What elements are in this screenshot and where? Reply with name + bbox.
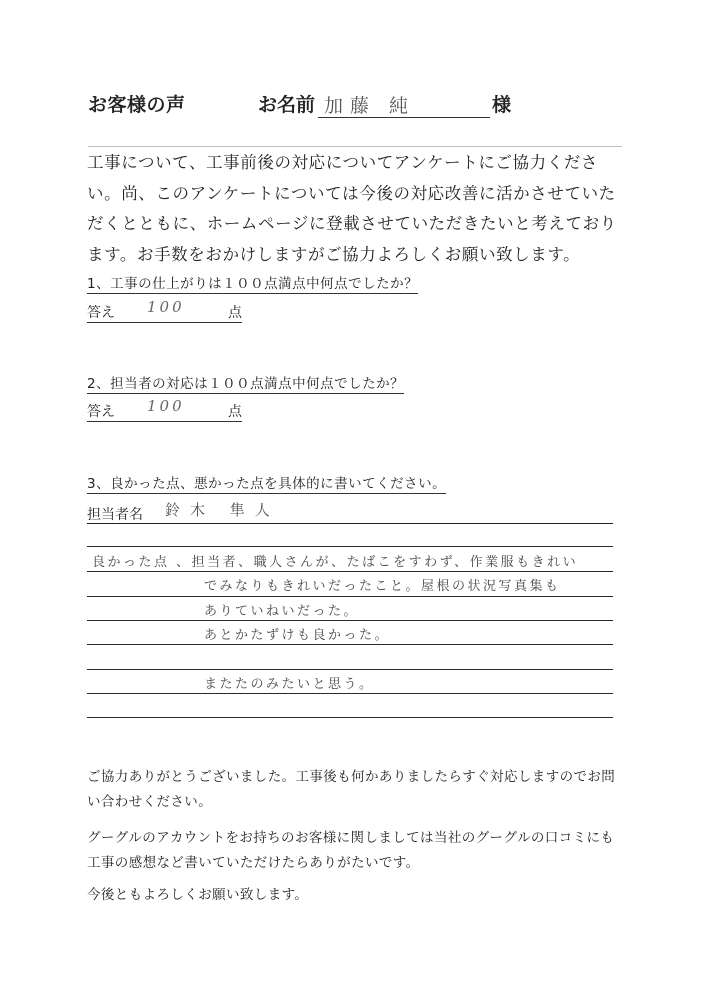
- comment-line: またたのみたいと思う。: [204, 673, 375, 692]
- question-1-answer-field: 答え 100 点: [87, 300, 242, 323]
- closing-thanks: ご協力ありがとうございました。工事後も何かありましたらすぐ対応しますのでお問い合…: [87, 765, 627, 815]
- answer-value: 100: [147, 298, 185, 316]
- comment-rule: [87, 620, 613, 621]
- comment-line: ありていねいだった。: [204, 600, 359, 619]
- staff-name-label: 担当者名: [87, 504, 143, 524]
- page-title: お客様の声: [88, 90, 186, 117]
- answer-label: 答え: [87, 302, 115, 322]
- answer-unit: 点: [228, 401, 242, 421]
- comment-rule: [87, 596, 613, 597]
- comment-line: あとかたずけも良かった。: [204, 624, 390, 643]
- header-divider: [88, 146, 622, 147]
- comment-rule: [87, 644, 613, 645]
- staff-name-field: 担当者名 鈴木 隼人: [87, 503, 613, 524]
- closing-google-review: グーグルのアカウントをお持ちのお客様に関しましては当社のグーグルの口コミにも工事…: [87, 826, 627, 876]
- customer-name-suffix: 様: [492, 90, 511, 117]
- customer-name-value: 加藤 純: [324, 91, 415, 118]
- comment-rule: [87, 717, 613, 718]
- customer-name-field: 加藤 純: [318, 93, 490, 118]
- comment-rule: [87, 669, 613, 670]
- question-3-label: 3、良かった点、悪かった点を具体的に書いてください。: [87, 472, 446, 494]
- comment-line: 良かった点 、担当者、職人さんが、たばこをすわず、作業服もきれい: [92, 551, 578, 570]
- comment-rule: [87, 693, 613, 694]
- customer-name-label: お名前: [258, 90, 315, 117]
- closing-regards: 今後ともよろしくお願い致します。: [87, 883, 627, 908]
- answer-unit: 点: [228, 302, 242, 322]
- staff-name-value: 鈴木 隼人: [165, 499, 280, 520]
- answer-label: 答え: [87, 401, 115, 421]
- question-2-label: 2、担当者の対応は１００点満点中何点でしたか？: [87, 372, 404, 394]
- comment-rule: [87, 546, 613, 547]
- question-1-label: 1、工事の仕上がりは１００点満点中何点でしたか？: [87, 272, 418, 294]
- comment-rule: [87, 571, 613, 572]
- intro-paragraph: 工事について、工事前後の対応についてアンケートにご協力ください。尚、このアンケー…: [87, 148, 627, 270]
- question-2-answer-field: 答え 100 点: [87, 399, 242, 422]
- answer-value: 100: [147, 397, 185, 415]
- comment-line: でみなりもきれいだったこと。屋根の状況写真集も: [204, 575, 561, 594]
